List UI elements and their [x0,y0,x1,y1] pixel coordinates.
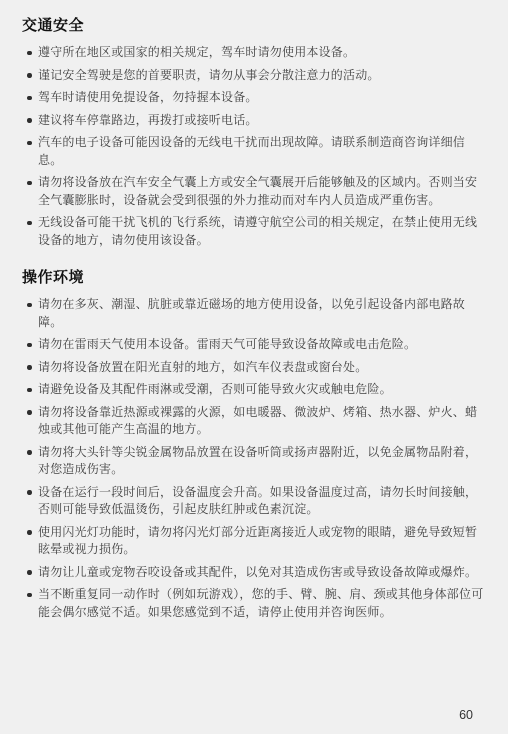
list-item: 请勿让儿童或宠物吞咬设备或其配件，以免对其造成伤害或导致设备故障或爆炸。 [22,564,488,582]
list-item: 汽车的电子设备可能因设备的无线电干扰而出现故障。请联系制造商咨询详细信息。 [22,134,488,169]
list-item: 请勿将设备放置在阳光直射的地方，如汽车仪表盘或窗台处。 [22,359,488,377]
section-operating-environment: 操作环境 请勿在多灰、潮湿、肮脏或靠近磁场的地方使用设备，以免引起设备内部电路故… [22,269,488,621]
list-item: 谨记安全驾驶是您的首要职责，请勿从事会分散注意力的活动。 [22,67,488,85]
list-item: 请勿将设备放在汽车安全气囊上方或安全气囊展开后能够触及的区域内。否则当安全气囊膨… [22,174,488,209]
section-title-operating-environment: 操作环境 [22,269,488,287]
list-item: 设备在运行一段时间后，设备温度会升高。如果设备温度过高，请勿长时间接触，否则可能… [22,484,488,519]
list-item: 无线设备可能干扰飞机的飞行系统，请遵守航空公司的相关规定，在禁止使用无线设备的地… [22,214,488,249]
section-title-traffic-safety: 交通安全 [22,17,488,35]
list-item: 建议将车停靠路边，再拨打或接听电话。 [22,112,488,130]
operating-environment-bullet-list: 请勿在多灰、潮湿、肮脏或靠近磁场的地方使用设备，以免引起设备内部电路故障。 请勿… [22,296,488,621]
section-traffic-safety: 交通安全 遵守所在地区或国家的相关规定，驾车时请勿使用本设备。 谨记安全驾驶是您… [22,17,488,249]
list-item: 请勿将大头针等尖锐金属物品放置在设备听筒或扬声器附近，以免金属物品附着，对您造成… [22,444,488,479]
list-item: 遵守所在地区或国家的相关规定，驾车时请勿使用本设备。 [22,44,488,62]
list-item: 请勿将设备靠近热源或裸露的火源，如电暖器、微波炉、烤箱、热水器、炉火、蜡烛或其他… [22,404,488,439]
traffic-safety-bullet-list: 遵守所在地区或国家的相关规定，驾车时请勿使用本设备。 谨记安全驾驶是您的首要职责… [22,44,488,249]
list-item: 请避免设备及其配件雨淋或受潮，否则可能导致火灾或触电危险。 [22,381,488,399]
list-item: 当不断重复同一动作时（例如玩游戏），您的手、臂、腕、肩、颈或其他身体部位可能会偶… [22,586,488,621]
list-item: 请勿在多灰、潮湿、肮脏或靠近磁场的地方使用设备，以免引起设备内部电路故障。 [22,296,488,331]
manual-page-content: 交通安全 遵守所在地区或国家的相关规定，驾车时请勿使用本设备。 谨记安全驾驶是您… [0,0,508,621]
list-item: 请勿在雷雨天气使用本设备。雷雨天气可能导致设备故障或电击危险。 [22,336,488,354]
list-item: 驾车时请使用免提设备，勿持握本设备。 [22,89,488,107]
list-item: 使用闪光灯功能时，请勿将闪光灯部分近距离接近人或宠物的眼睛，避免导致短暂眩晕或视… [22,524,488,559]
page-number: 60 [459,708,473,722]
